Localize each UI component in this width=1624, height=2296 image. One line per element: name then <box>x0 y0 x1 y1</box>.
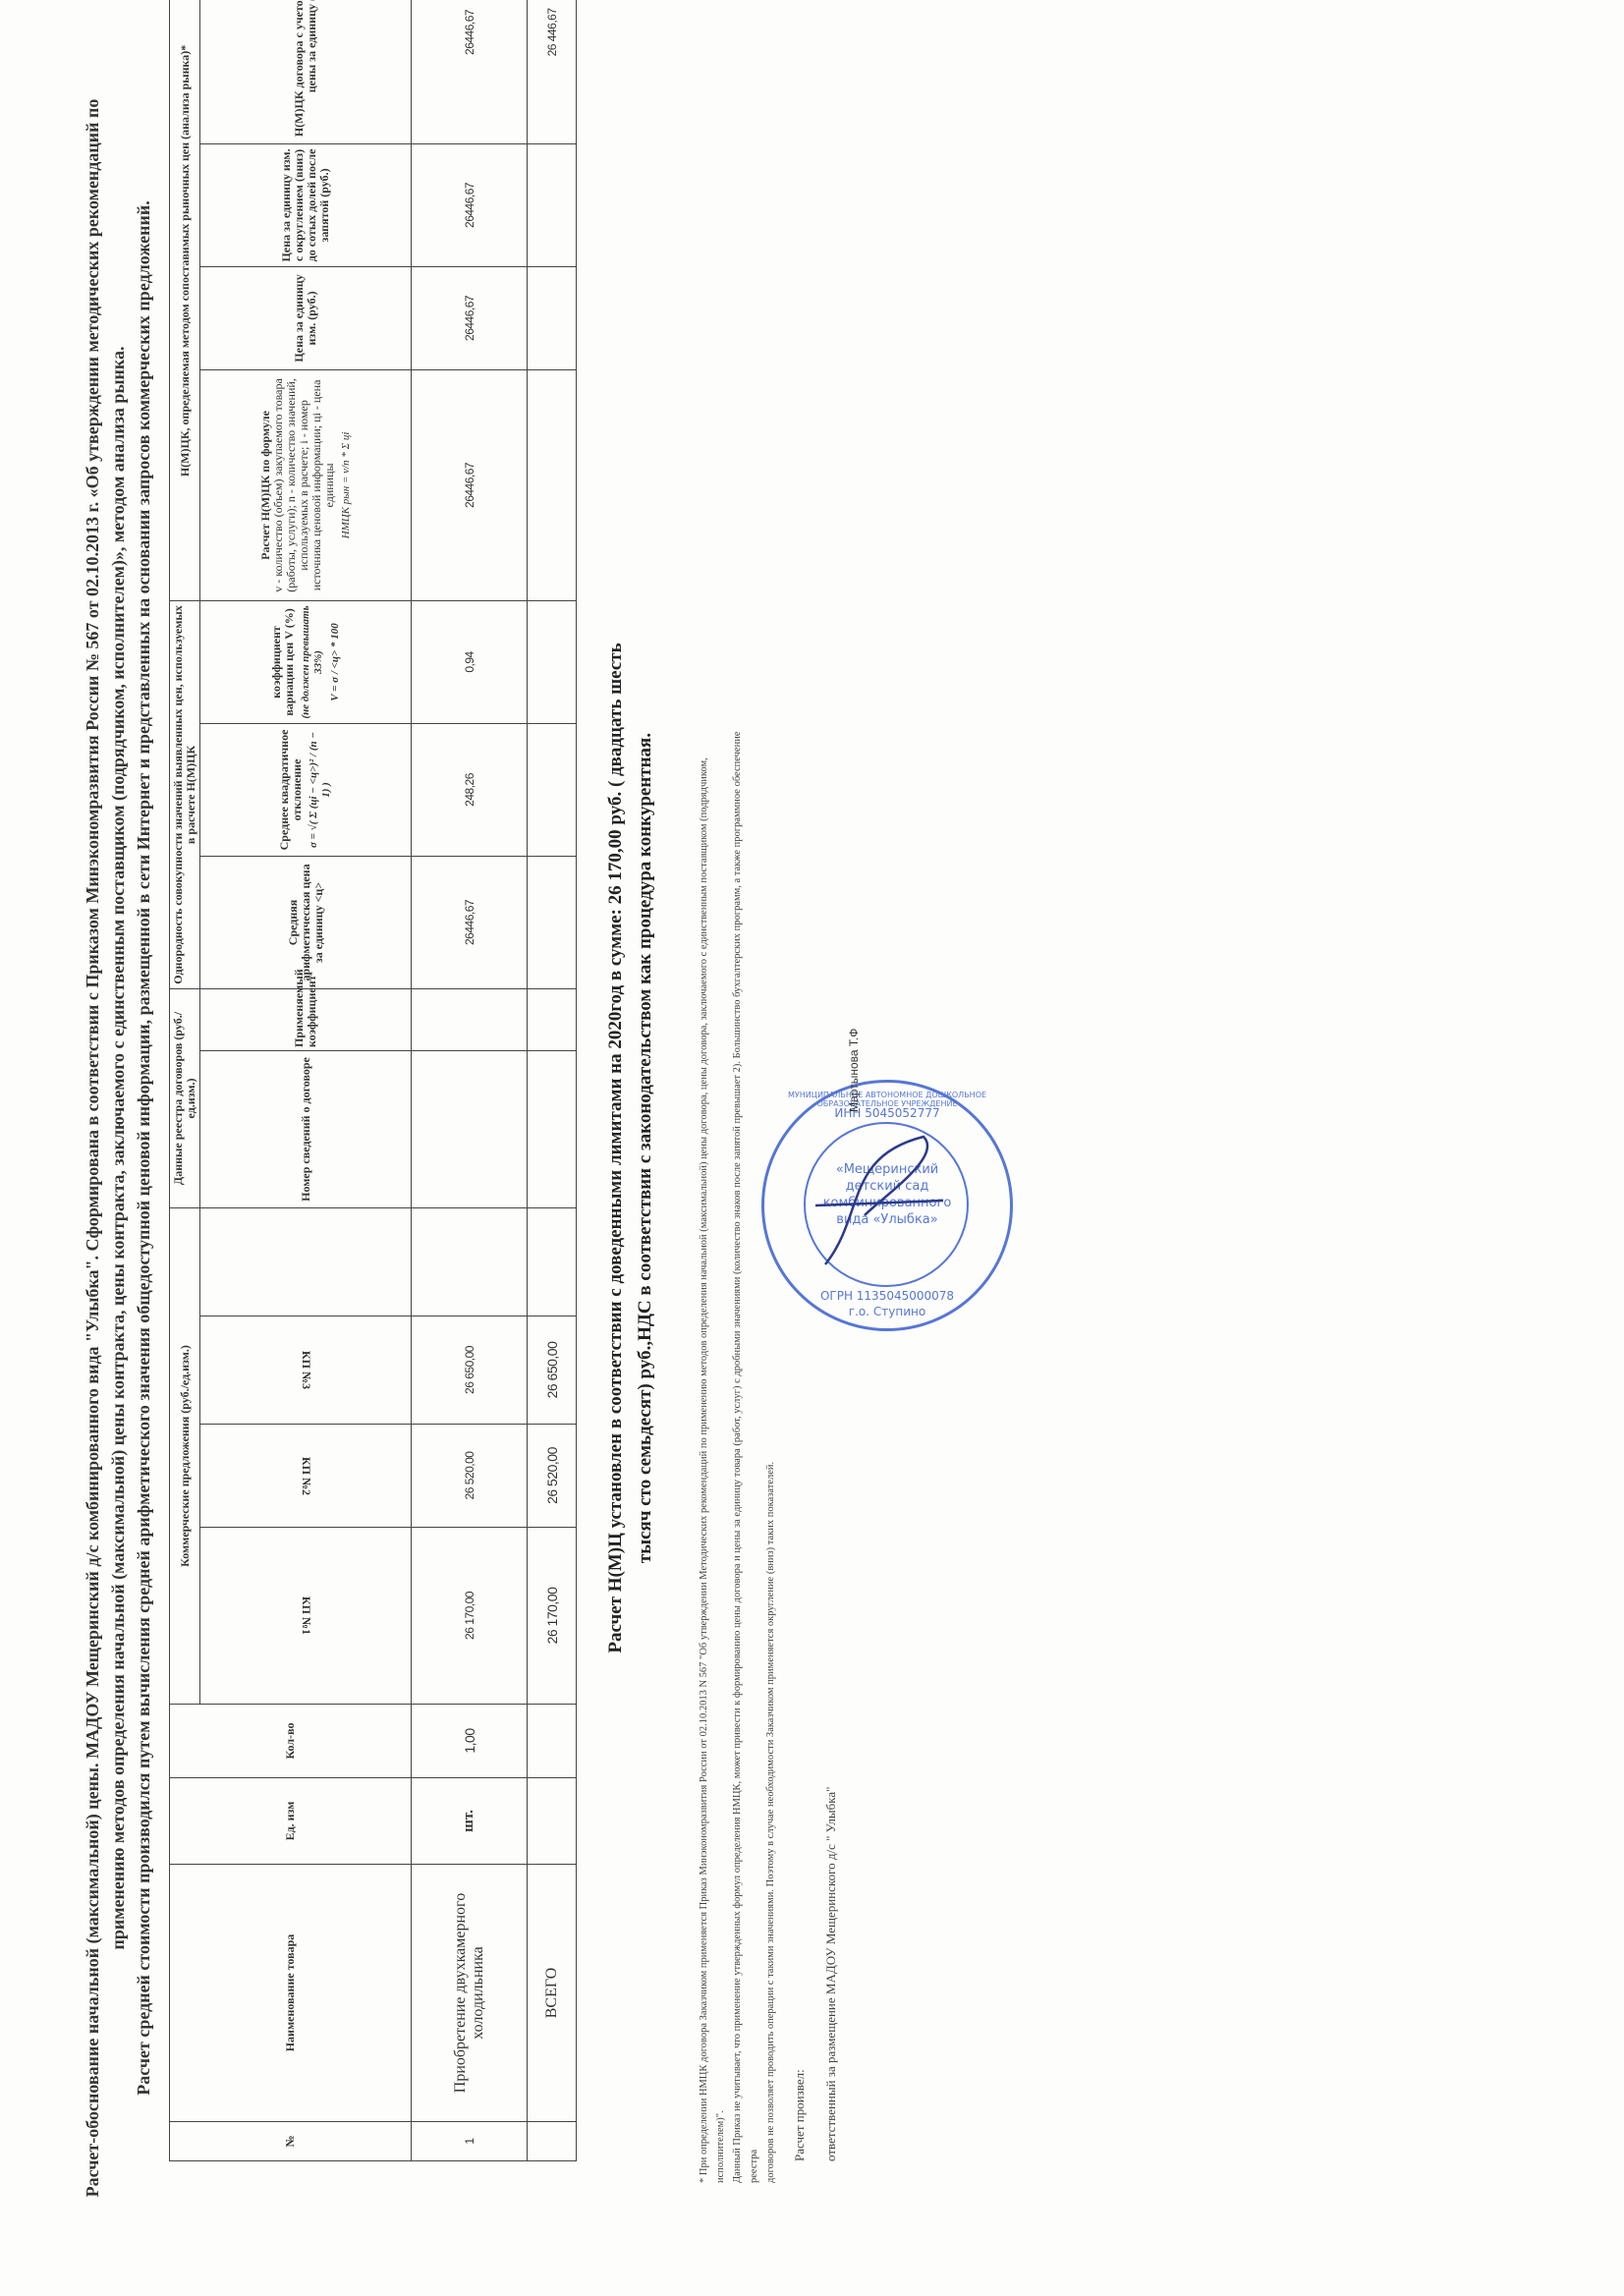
table-row: 1 Приобретение двухкамерного холодильник… <box>412 0 528 2161</box>
conclusion-line-2: тысяч сто семьдесят) руб.,НДС в соответс… <box>631 0 660 2296</box>
total-kp1: 26 170,00 <box>528 1528 577 1705</box>
cell-avg-price: 26446,67 <box>412 856 528 988</box>
homogeneity-group-header: Однородность совокупности значений выявл… <box>170 600 200 988</box>
prepared-by-label: Расчет произвел: <box>792 2069 808 2161</box>
stamp-ogrn: ОГРН 1135045000078 <box>764 1289 1010 1303</box>
col-kp2-header: КП №2 <box>200 1425 412 1528</box>
total-nmck: 26 446,67 <box>528 0 577 143</box>
col-nmck-total-header: Н(М)ЦК договора с учетом округления цены… <box>200 0 412 143</box>
cell-kp2: 26 520,00 <box>412 1425 528 1528</box>
stamp-city: г.о. Ступино <box>764 1305 1010 1318</box>
total-label: ВСЕГО <box>528 1865 577 2122</box>
col-registry-number-header: Номер сведений о договоре <box>200 1050 412 1207</box>
footnote-line-3: договоров не позволяет проводить операци… <box>762 709 779 2183</box>
col-nmck-formula-header: Расчет Н(М)ЦК по формуле v - количество … <box>200 369 412 600</box>
col-unit-price-header: Цена за единицу изм. (руб.) <box>200 266 412 369</box>
cell-nmck-total: 26446,67 <box>412 0 528 143</box>
col-qty-header: Кол-во <box>170 1705 412 1778</box>
conclusion-text: Расчет Н(М)Ц установлен в соответствии с… <box>601 0 660 2296</box>
col-name-header: Наименование товара <box>170 1865 412 2122</box>
document-title-line-2: применению методов определения начальной… <box>106 0 130 2296</box>
signature-scrawl-icon <box>806 1117 953 1274</box>
col-registry-coef-header: Применяемый коэффициент <box>200 988 412 1050</box>
registry-group-header: Данные реестра договоров (руб./ед.изм.) <box>170 988 200 1207</box>
cell-kp3: 26 650,00 <box>412 1316 528 1425</box>
cell-unit-price-rounded: 26446,67 <box>412 143 528 266</box>
cell-name: Приобретение двухкамерного холодильника <box>412 1865 528 2122</box>
responsible-label: ответственный за размещение МАДОУ Мещери… <box>823 1787 839 2161</box>
std-dev-formula: σ = √( Σ (цi − <ц>)² / (n − 1) ) <box>308 727 333 853</box>
col-std-dev-header: Среднее квадратичное отклонение σ = √( Σ… <box>200 723 412 856</box>
nmck-group-header: Н(М)ЦК, определяемая методом сопоставимы… <box>170 0 200 600</box>
col-unit-header: Ед. изм <box>170 1778 412 1865</box>
footnote: * При определении НМЦК договора Заказчик… <box>696 709 779 2183</box>
cell-unit: шт. <box>412 1778 528 1865</box>
col-num-header: № <box>170 2122 412 2161</box>
col-kp3-header: КП №3 <box>200 1316 412 1425</box>
variation-formula: V = σ / <ц> * 100 <box>329 604 342 720</box>
cell-nmck-formula-value: 26446,67 <box>412 369 528 600</box>
col-avg-price-header: Средняя арифметическая цена за единицу <… <box>200 856 412 988</box>
document-title-line-1: Расчет-обоснование начальной (максимальн… <box>81 0 104 2296</box>
cell-std-dev: 248,26 <box>412 723 528 856</box>
cell-registry-coef <box>412 988 528 1050</box>
cell-unit-price: 26446,67 <box>412 266 528 369</box>
price-calculation-table: № Наименование товара Ед. изм Кол-во Ком… <box>169 0 577 2161</box>
nmck-formula: НМЦК рын = v/n * Σ цi <box>340 373 353 597</box>
col-variation-header: коэффициент вариации цен V (%) (не долже… <box>200 600 412 723</box>
signatory-name: Мартынова Т.Ф <box>847 1029 861 1112</box>
total-kp2: 26 520,00 <box>528 1425 577 1528</box>
commercial-offers-group-header: Коммерческие предложения (руб./ед.изм.) <box>170 1207 200 1704</box>
col-kp1-header: КП №1 <box>200 1528 412 1705</box>
cell-qty: 1,00 <box>412 1705 528 1778</box>
total-kp3: 26 650,00 <box>528 1316 577 1425</box>
header-row-group: № Наименование товара Ед. изм Кол-во Ком… <box>170 0 200 2161</box>
cell-empty <box>412 1207 528 1316</box>
scanned-document-page: Расчет-обоснование начальной (максимальн… <box>0 0 1624 2296</box>
total-row: ВСЕГО 26 170,00 26 520,00 26 650,00 26 4… <box>528 0 577 2161</box>
document-title-line-3: Расчет средней стоимости производился пу… <box>132 0 155 2296</box>
footnote-line-1: * При определении НМЦК договора Заказчик… <box>696 709 729 2183</box>
cell-variation: 0,94 <box>412 600 528 723</box>
col-unit-price-rounded-header: Цена за единицу изм. с округлением (вниз… <box>200 143 412 266</box>
cell-num: 1 <box>412 2122 528 2161</box>
cell-kp1: 26 170,00 <box>412 1528 528 1705</box>
footnote-line-2: Данный Приказ не учитывает, что применен… <box>729 709 762 2183</box>
cell-registry-number <box>412 1050 528 1207</box>
col-empty-header <box>200 1207 412 1316</box>
conclusion-line-1: Расчет Н(М)Ц установлен в соответствии с… <box>601 0 631 2296</box>
